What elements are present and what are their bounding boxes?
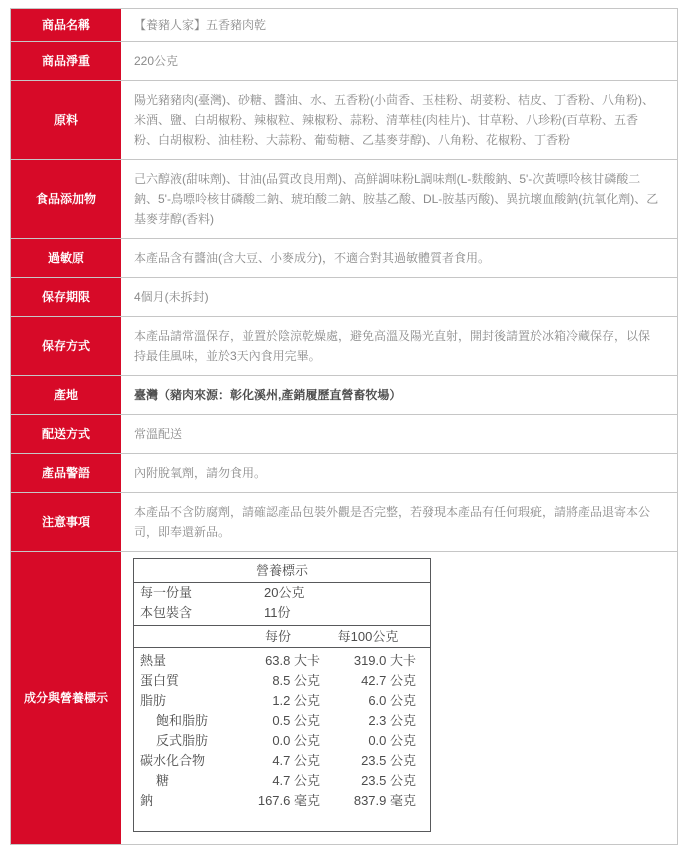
nutrition-row-sugar: 糖 4.7 公克 23.5 公克 — [134, 771, 430, 791]
row-value: 【養豬人家】五香豬肉乾 — [121, 9, 677, 41]
table-row-food-additives: 食品添加物 己六醇液(甜味劑)、甘油(品質改良用劑)、高鮮調味粉L調味劑(L-麩… — [11, 159, 677, 238]
servings-label: 本包裝含 — [134, 603, 264, 623]
nutrition-row-protein: 蛋白質 8.5 公克 42.7 公克 — [134, 671, 430, 691]
nutrition-row-saturated-fat: 飽和脂肪 0.5 公克 2.3 公克 — [134, 711, 430, 731]
nutrition-row-fat: 脂肪 1.2 公克 6.0 公克 — [134, 691, 430, 711]
row-label: 保存期限 — [11, 278, 121, 316]
row-value: 臺灣（豬肉來源：彰化溪州,產銷履歷直營畜牧場） — [121, 376, 677, 414]
row-label: 注意事項 — [11, 493, 121, 551]
row-label: 產地 — [11, 376, 121, 414]
table-row-warning: 產品警語 內附脫氧劑，請勿食用。 — [11, 453, 677, 492]
row-value: 陽光豬豬肉(臺灣)、砂糖、醬油、水、五香粉(小茴香、玉桂粉、胡荽粉、桔皮、丁香粉… — [121, 81, 677, 159]
table-row-ingredients: 原料 陽光豬豬肉(臺灣)、砂糖、醬油、水、五香粉(小茴香、玉桂粉、胡荽粉、桔皮、… — [11, 80, 677, 159]
row-label: 保存方式 — [11, 317, 121, 375]
table-row-allergens: 過敏原 本產品含有醬油(含大豆、小麥成分)，不適合對其過敏體質者食用。 — [11, 238, 677, 277]
row-value: 本產品不含防腐劑，請確認產品包裝外觀是否完整，若發現本產品有任何瑕疵，請將產品退… — [121, 493, 677, 551]
nutrition-serving-size: 每一份量 20公克 — [134, 583, 430, 603]
row-label: 配送方式 — [11, 415, 121, 453]
nutrition-row-carbohydrate: 碳水化合物 4.7 公克 23.5 公克 — [134, 751, 430, 771]
table-row-delivery: 配送方式 常溫配送 — [11, 414, 677, 453]
table-row-notice: 注意事項 本產品不含防腐劑，請確認產品包裝外觀是否完整，若發現本產品有任何瑕疵，… — [11, 492, 677, 551]
table-row-net-weight: 商品淨重 220公克 — [11, 41, 677, 80]
nutrition-row-calories: 熱量 63.8 大卡 319.0 大卡 — [134, 651, 430, 671]
nutrition-facts-table: 營養標示 每一份量 20公克 本包裝含 11份 每份 每100公克 熱量 — [133, 558, 431, 832]
table-row-storage: 保存方式 本產品請常溫保存，並置於陰涼乾燥處，避免高溫及陽光直射，開封後請置於冰… — [11, 316, 677, 375]
spacer — [134, 626, 236, 647]
nutrition-cell: 營養標示 每一份量 20公克 本包裝含 11份 每份 每100公克 熱量 — [121, 552, 677, 844]
row-label: 成分與營養標示 — [11, 552, 121, 844]
col-per-100g: 每100公克 — [320, 626, 416, 647]
col-per-serving: 每份 — [236, 626, 320, 647]
row-value: 內附脫氧劑，請勿食用。 — [121, 454, 677, 492]
serving-size-value: 20公克 — [264, 583, 430, 603]
nutrition-servings: 本包裝含 11份 — [134, 603, 430, 626]
row-value: 220公克 — [121, 42, 677, 80]
table-row-shelf-life: 保存期限 4個月(未拆封) — [11, 277, 677, 316]
row-label: 商品名稱 — [11, 9, 121, 41]
nutrition-row-sodium: 鈉 167.6 毫克 837.9 毫克 — [134, 791, 430, 811]
row-value: 本產品含有醬油(含大豆、小麥成分)，不適合對其過敏體質者食用。 — [121, 239, 677, 277]
row-label: 過敏原 — [11, 239, 121, 277]
servings-value: 11份 — [264, 603, 430, 623]
nutrition-title: 營養標示 — [134, 559, 430, 583]
row-label: 食品添加物 — [11, 160, 121, 238]
nutrition-row-trans-fat: 反式脂肪 0.0 公克 0.0 公克 — [134, 731, 430, 751]
table-row-origin: 產地 臺灣（豬肉來源：彰化溪州,產銷履歷直營畜牧場） — [11, 375, 677, 414]
row-value: 4個月(未拆封) — [121, 278, 677, 316]
row-label: 商品淨重 — [11, 42, 121, 80]
table-row-nutrition: 成分與營養標示 營養標示 每一份量 20公克 本包裝含 11份 每份 每100公… — [11, 551, 677, 844]
product-spec-table: 商品名稱 【養豬人家】五香豬肉乾 商品淨重 220公克 原料 陽光豬豬肉(臺灣)… — [10, 8, 678, 845]
row-label: 原料 — [11, 81, 121, 159]
serving-size-label: 每一份量 — [134, 583, 264, 603]
row-value: 常溫配送 — [121, 415, 677, 453]
nutrition-rows: 熱量 63.8 大卡 319.0 大卡 蛋白質 8.5 公克 42.7 公克 脂… — [134, 648, 430, 831]
row-value: 己六醇液(甜味劑)、甘油(品質改良用劑)、高鮮調味粉L調味劑(L-麩酸鈉、5'-… — [121, 160, 677, 238]
table-row-product-name: 商品名稱 【養豬人家】五香豬肉乾 — [11, 9, 677, 41]
row-label: 產品警語 — [11, 454, 121, 492]
row-value: 本產品請常溫保存，並置於陰涼乾燥處，避免高溫及陽光直射，開封後請置於冰箱冷藏保存… — [121, 317, 677, 375]
nutrition-column-headers: 每份 每100公克 — [134, 626, 430, 648]
